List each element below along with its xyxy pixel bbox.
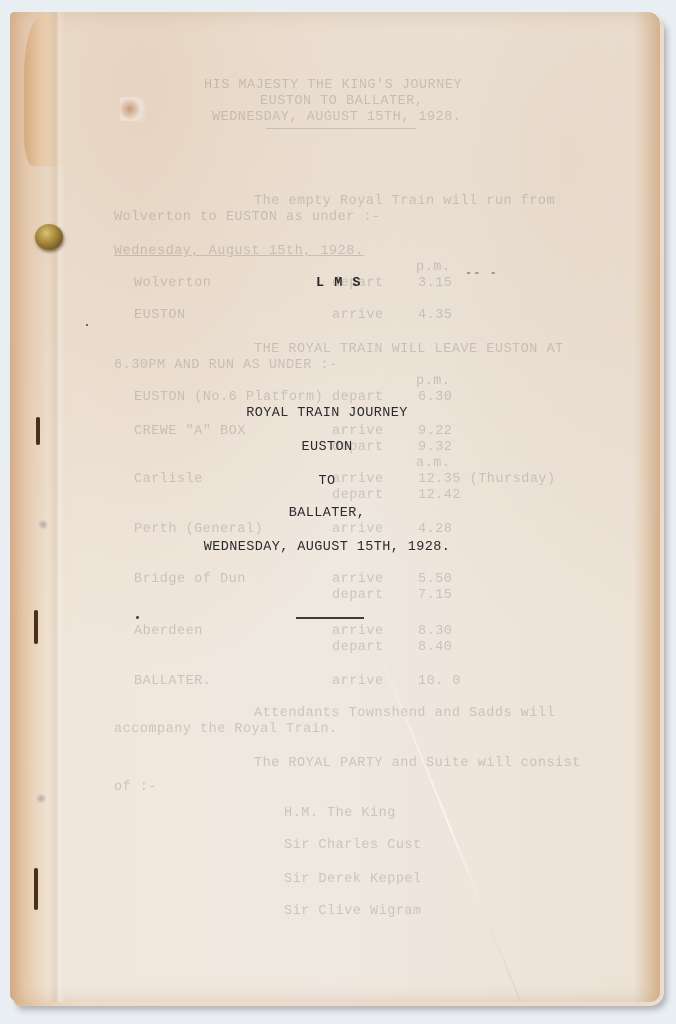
reverse-leave-line-2: 6.30PM AND RUN AS UNDER :- bbox=[114, 358, 338, 373]
brass-fastener-icon bbox=[35, 224, 63, 250]
document-title: ROYAL TRAIN JOURNEY bbox=[10, 406, 652, 421]
reverse-time: 12.42 bbox=[418, 488, 461, 503]
reverse-party-member: Sir Clive Wigram bbox=[284, 904, 422, 919]
reverse-period-pm: p.m. bbox=[416, 260, 450, 275]
reverse-time: 3.15 bbox=[418, 276, 452, 291]
reverse-action: arrive bbox=[332, 572, 384, 587]
reverse-time: 6.30 bbox=[418, 390, 452, 405]
reverse-action: arrive bbox=[332, 674, 384, 689]
ink-dot bbox=[86, 324, 88, 326]
reverse-station: Wolverton bbox=[134, 276, 211, 291]
reverse-party-line-1: The ROYAL PARTY and Suite will consist bbox=[254, 756, 581, 771]
reverse-action: arrive bbox=[332, 424, 384, 439]
reverse-action: depart bbox=[332, 488, 384, 503]
reverse-heading-line-3: WEDNESDAY, AUGUST 15TH, 1928. bbox=[212, 110, 461, 125]
reverse-station: Perth (General) bbox=[134, 522, 263, 537]
company-name: L M S bbox=[316, 276, 362, 291]
reverse-time: 5.50 bbox=[418, 572, 452, 587]
reverse-action: depart bbox=[332, 390, 384, 405]
document-page: HIS MAJESTY THE KING'S JOURNEY EUSTON TO… bbox=[10, 12, 660, 1002]
reverse-party-member: Sir Derek Keppel bbox=[284, 872, 422, 887]
punch-slot bbox=[34, 868, 38, 910]
reverse-heading-line-1: HIS MAJESTY THE KING'S JOURNEY bbox=[204, 78, 462, 93]
reverse-time: 8.40 bbox=[418, 640, 452, 655]
destination-station: BALLATER, bbox=[10, 506, 652, 521]
ink-dot bbox=[136, 616, 139, 619]
reverse-station: Aberdeen bbox=[134, 624, 203, 639]
reverse-station: BALLATER. bbox=[134, 674, 211, 689]
origin-station: EUSTON bbox=[10, 440, 652, 455]
journey-date: WEDNESDAY, AUGUST 15TH, 1928. bbox=[10, 540, 652, 555]
punch-slot bbox=[34, 610, 38, 644]
reverse-period-pm: p.m. bbox=[416, 374, 450, 389]
stray-typewriter-marks: -- - bbox=[465, 266, 498, 280]
reverse-action: arrive bbox=[332, 522, 384, 537]
reverse-time: 4.28 bbox=[418, 522, 452, 537]
reverse-station: EUSTON bbox=[134, 308, 186, 323]
reverse-party-line-2: of :- bbox=[114, 780, 157, 795]
reverse-intro-line-2: Wolverton to EUSTON as under :- bbox=[114, 210, 381, 225]
divider-rule bbox=[296, 617, 364, 619]
document-stack: HIS MAJESTY THE KING'S JOURNEY EUSTON TO… bbox=[10, 12, 666, 1010]
punch-hole bbox=[36, 794, 46, 803]
reverse-accompany-line-1: Attendants Townshend and Sadds will bbox=[254, 706, 555, 721]
reverse-station: CREWE "A" BOX bbox=[134, 424, 246, 439]
punch-hole bbox=[38, 520, 48, 529]
reverse-heading-rule bbox=[266, 128, 416, 129]
reverse-action: depart bbox=[332, 640, 384, 655]
to-word: TO bbox=[10, 474, 652, 489]
reverse-time: 8.30 bbox=[418, 624, 452, 639]
reverse-accompany-line-2: accompany the Royal Train. bbox=[114, 722, 338, 737]
reverse-action: arrive bbox=[332, 308, 384, 323]
reverse-station: Bridge of Dun bbox=[134, 572, 246, 587]
reverse-station: EUSTON (No.6 Platform) bbox=[134, 390, 323, 405]
reverse-action: arrive bbox=[332, 624, 384, 639]
reverse-time: 10. 0 bbox=[418, 674, 461, 689]
reverse-date-underlined: Wednesday, August 15th, 1928. bbox=[114, 244, 363, 259]
reverse-time: 9.22 bbox=[418, 424, 452, 439]
reverse-period-am: a.m. bbox=[416, 456, 450, 471]
reverse-intro-line-1: The empty Royal Train will run from bbox=[254, 194, 555, 209]
reverse-heading-line-2: EUSTON TO BALLATER, bbox=[260, 94, 423, 109]
reverse-party-member: H.M. The King bbox=[284, 806, 396, 821]
reverse-time: 4.35 bbox=[418, 308, 452, 323]
stain-mark bbox=[120, 97, 152, 121]
reverse-leave-line-1: THE ROYAL TRAIN WILL LEAVE EUSTON AT bbox=[254, 342, 564, 357]
reverse-party-member: Sir Charles Cust bbox=[284, 838, 422, 853]
reverse-time: 7.15 bbox=[418, 588, 452, 603]
reverse-action: depart bbox=[332, 588, 384, 603]
